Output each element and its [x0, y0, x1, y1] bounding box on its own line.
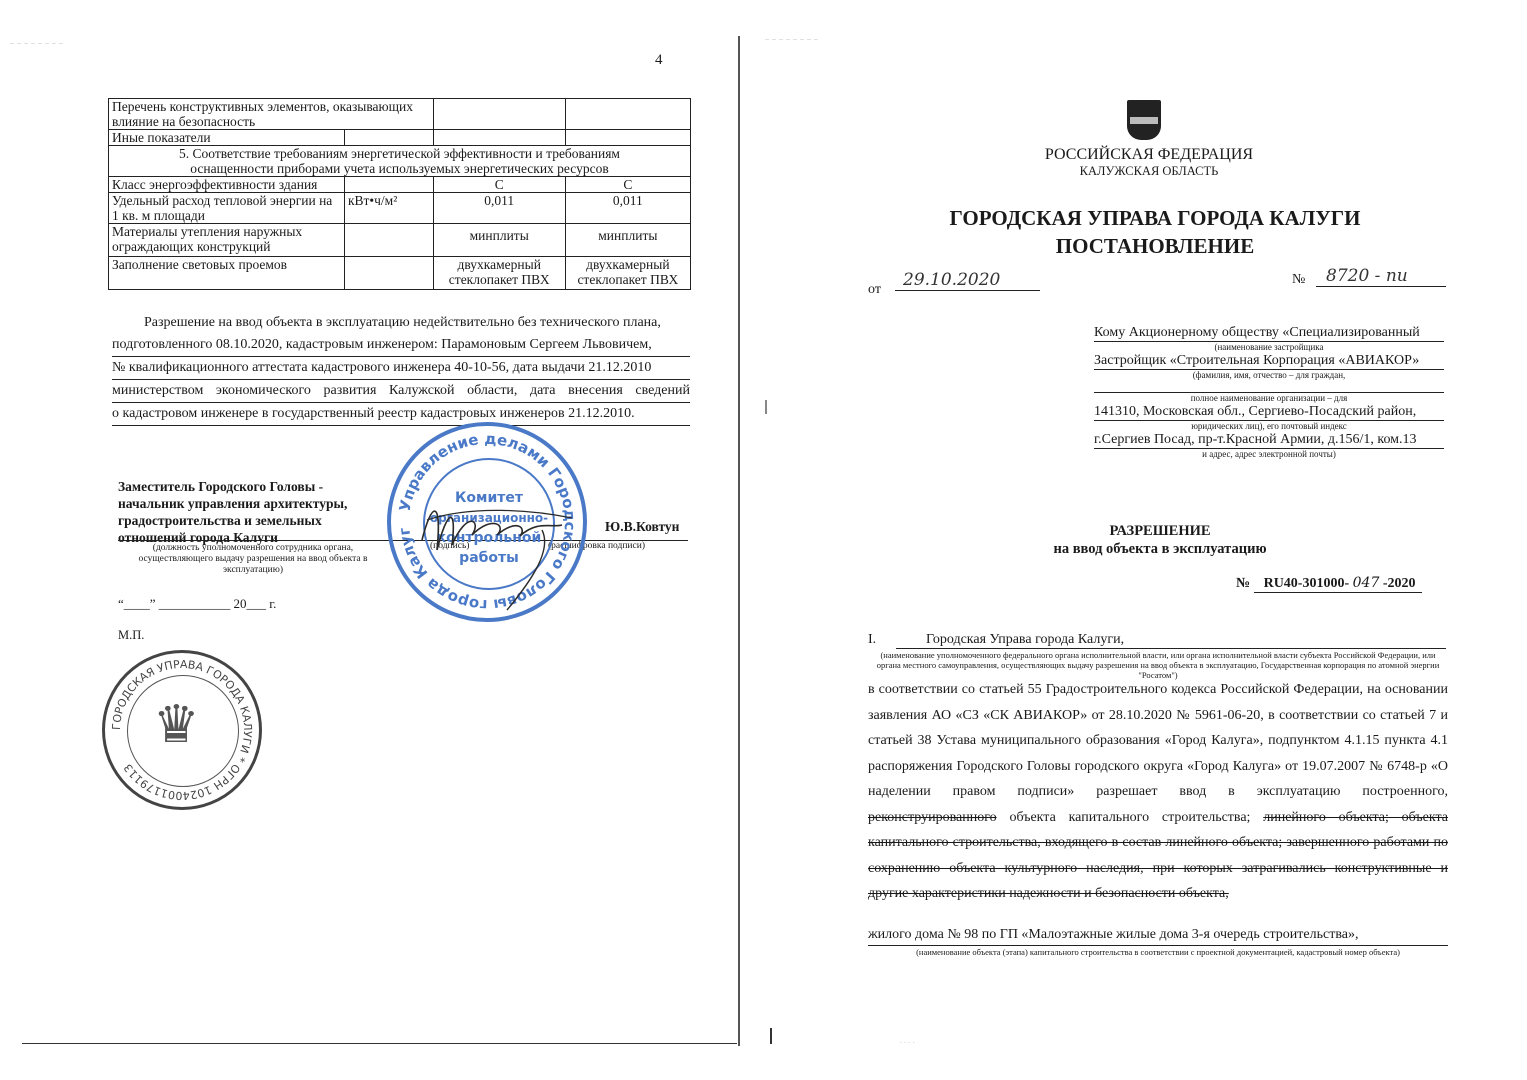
- eagle-emblem-icon: ♛: [153, 695, 200, 755]
- issuing-authority: Городская Управа города Калуги,: [896, 632, 1446, 649]
- permit-heading: РАЗРЕШЕНИЕ на ввод объекта в эксплуатаци…: [1030, 522, 1290, 558]
- body-text-struck: реконструированного: [868, 810, 997, 825]
- technical-plan-note: Разрешение на ввод объекта в эксплуатаци…: [112, 312, 690, 426]
- handwritten-signature-icon: [412, 480, 592, 620]
- kaluga-coat-of-arms-icon: [1127, 100, 1161, 140]
- recipient-caption: (наименование застройщика: [1094, 342, 1444, 352]
- scan-artifact: — — — — — — — —: [10, 40, 64, 45]
- table-cell-unit: [344, 257, 433, 290]
- section-header-energy: 5. Соответствие требованиям энергетическ…: [109, 146, 691, 177]
- page-number: 4: [655, 52, 663, 69]
- table-row: Перечень конструктивных элементов, оказы…: [109, 99, 691, 130]
- date-blank: “____” ___________ 20___ г.: [118, 596, 276, 612]
- note-line: министерством экономического развития Ка…: [112, 380, 690, 403]
- recipient-caption: (фамилия, имя, отчество – для граждан,: [1094, 370, 1444, 380]
- country-name: РОССИЙСКАЯ ФЕДЕРАЦИЯ: [990, 146, 1308, 164]
- table-row: Заполнение световых проемов двухкамерный…: [109, 257, 691, 290]
- table-cell-project: двухкамерный стеклопакет ПВХ: [433, 257, 565, 290]
- table-cell-fact: [565, 130, 690, 146]
- permit-number-label: №: [1236, 576, 1250, 591]
- note-line: Разрешение на ввод объекта в эксплуатаци…: [112, 312, 690, 334]
- table-cell-unit: [344, 130, 433, 146]
- scan-artifact: [770, 1028, 772, 1044]
- table-cell-label: Заполнение световых проемов: [109, 257, 345, 290]
- table-section-header: 5. Соответствие требованиям энергетическ…: [109, 146, 691, 177]
- permit-number-suffix: -2020: [1383, 576, 1416, 591]
- permit-body-text: в соответствии со статьей 55 Градостроит…: [868, 677, 1448, 907]
- table-cell-label: Материалы утепления наружных ограждающих…: [109, 224, 345, 257]
- signatory-title-line: Заместитель Городского Головы -: [118, 478, 347, 495]
- section-numeral: I.: [868, 632, 876, 647]
- scan-artifact: — — — — — — — —: [765, 36, 819, 41]
- permit-subtitle: на ввод объекта в эксплуатацию: [1030, 540, 1290, 558]
- table-row: Удельный расход тепловой энергии на 1 кв…: [109, 193, 691, 224]
- table-cell-fact: С: [565, 177, 690, 193]
- page-bottom-edge: [22, 1043, 737, 1044]
- number-label: №: [1292, 272, 1305, 288]
- position-caption: (должность уполномоченного сотрудника ор…: [118, 543, 388, 576]
- section-1: I. Городская Управа города Калуги,: [868, 632, 1446, 648]
- recipient-address-1: 141310, Московская обл., Сергиево-Посадс…: [1094, 403, 1444, 421]
- permit-number-handwritten: 047: [1353, 575, 1380, 591]
- decree-date: 29.10.2020: [895, 270, 1040, 291]
- table-cell-unit: кВт•ч/м²: [344, 193, 433, 224]
- document-type: ПОСТАНОВЛЕНИЕ: [905, 232, 1405, 260]
- scan-artifact: - - - -: [900, 1040, 915, 1045]
- recipient-block: Кому Акционерному обществу «Специализиро…: [1094, 324, 1444, 459]
- scan-artifact: [765, 400, 767, 414]
- permit-number-prefix: RU40-301000-: [1264, 576, 1350, 591]
- table-cell-label: Иные показатели: [109, 130, 345, 146]
- organization-title: ГОРОДСКАЯ УПРАВА ГОРОДА КАЛУГИ ПОСТАНОВЛ…: [905, 204, 1405, 260]
- recipient-name-2: Застройщик «Строительная Корпорация «АВИ…: [1094, 352, 1444, 370]
- object-name: жилого дома № 98 по ГП «Малоэтажные жилы…: [868, 925, 1448, 946]
- recipient-blank-line: [1094, 380, 1444, 393]
- signatory-title-line: начальник управления архитектуры,: [118, 495, 347, 512]
- table-cell-fact: минплиты: [565, 224, 690, 257]
- object-caption: (наименование объекта (этапа) капитально…: [868, 947, 1448, 958]
- table-cell-project: минплиты: [433, 224, 565, 257]
- recipient-name-1: Акционерному обществу «Специализированны…: [1129, 325, 1420, 340]
- table-cell-project: [433, 99, 565, 130]
- recipient-caption: и адрес, адрес электронной почты): [1094, 449, 1444, 459]
- table-cell-unit: [344, 177, 433, 193]
- permit-title: РАЗРЕШЕНИЕ: [1030, 522, 1290, 540]
- body-text-plain: в соответствии со статьей 55 Градостроит…: [868, 682, 1448, 799]
- recipient-line: Кому Акционерному обществу «Специализиро…: [1094, 324, 1444, 342]
- table-cell-unit: [344, 224, 433, 257]
- table-cell-fact: двухкамерный стеклопакет ПВХ: [565, 257, 690, 290]
- recipient-caption: полное наименование организации – для: [1094, 393, 1444, 403]
- table-row: Иные показатели: [109, 130, 691, 146]
- black-seal: ГОРОДСКАЯ УПРАВА ГОРОДА КАЛУГИ * ОГРН 10…: [102, 650, 262, 810]
- table-cell-project: [433, 130, 565, 146]
- signatory-title: Заместитель Городского Головы - начальни…: [118, 478, 347, 546]
- recipient-caption: юридических лиц), его почтовый индекс: [1094, 421, 1444, 431]
- table-cell-fact: [565, 99, 690, 130]
- authority-caption: (наименование уполномоченного федерально…: [868, 650, 1448, 680]
- signatory-name: Ю.В.Ковтун: [605, 519, 679, 535]
- permit-number-value: RU40-301000- 047 -2020: [1254, 575, 1422, 593]
- body-text-plain: объекта капитального строительства;: [1009, 810, 1250, 825]
- permit-number: № RU40-301000- 047 -2020: [1236, 575, 1422, 593]
- note-line: подготовленного 08.10.2020, кадастровым …: [112, 334, 690, 357]
- date-label: от: [868, 282, 881, 298]
- table-cell-label: Класс энергоэффективности здания: [109, 177, 345, 193]
- signatory-title-line: градостроительства и земельных: [118, 512, 347, 529]
- seal-place-label: М.П.: [118, 628, 144, 643]
- table-cell-label: Удельный расход тепловой энергии на 1 кв…: [109, 193, 345, 224]
- page-divider: [738, 36, 740, 1046]
- table-cell-label: Перечень конструктивных элементов, оказы…: [109, 99, 434, 130]
- table-cell-project: 0,011: [433, 193, 565, 224]
- recipient-address-2: г.Сергиев Посад, пр-т.Красной Армии, д.1…: [1094, 431, 1444, 449]
- organization-name: ГОРОДСКАЯ УПРАВА ГОРОДА КАЛУГИ: [905, 204, 1405, 232]
- decree-number: 8720 - пи: [1316, 266, 1446, 287]
- table-row: Материалы утепления наружных ограждающих…: [109, 224, 691, 257]
- note-line: № квалификационного аттестата кадастрово…: [112, 357, 690, 380]
- characteristics-table: Перечень конструктивных элементов, оказы…: [108, 98, 691, 290]
- region-name: КАЛУЖСКАЯ ОБЛАСТЬ: [990, 164, 1308, 179]
- table-cell-project: С: [433, 177, 565, 193]
- table-row: Класс энергоэффективности здания С С: [109, 177, 691, 193]
- to-label: Кому: [1094, 325, 1125, 340]
- table-cell-fact: 0,011: [565, 193, 690, 224]
